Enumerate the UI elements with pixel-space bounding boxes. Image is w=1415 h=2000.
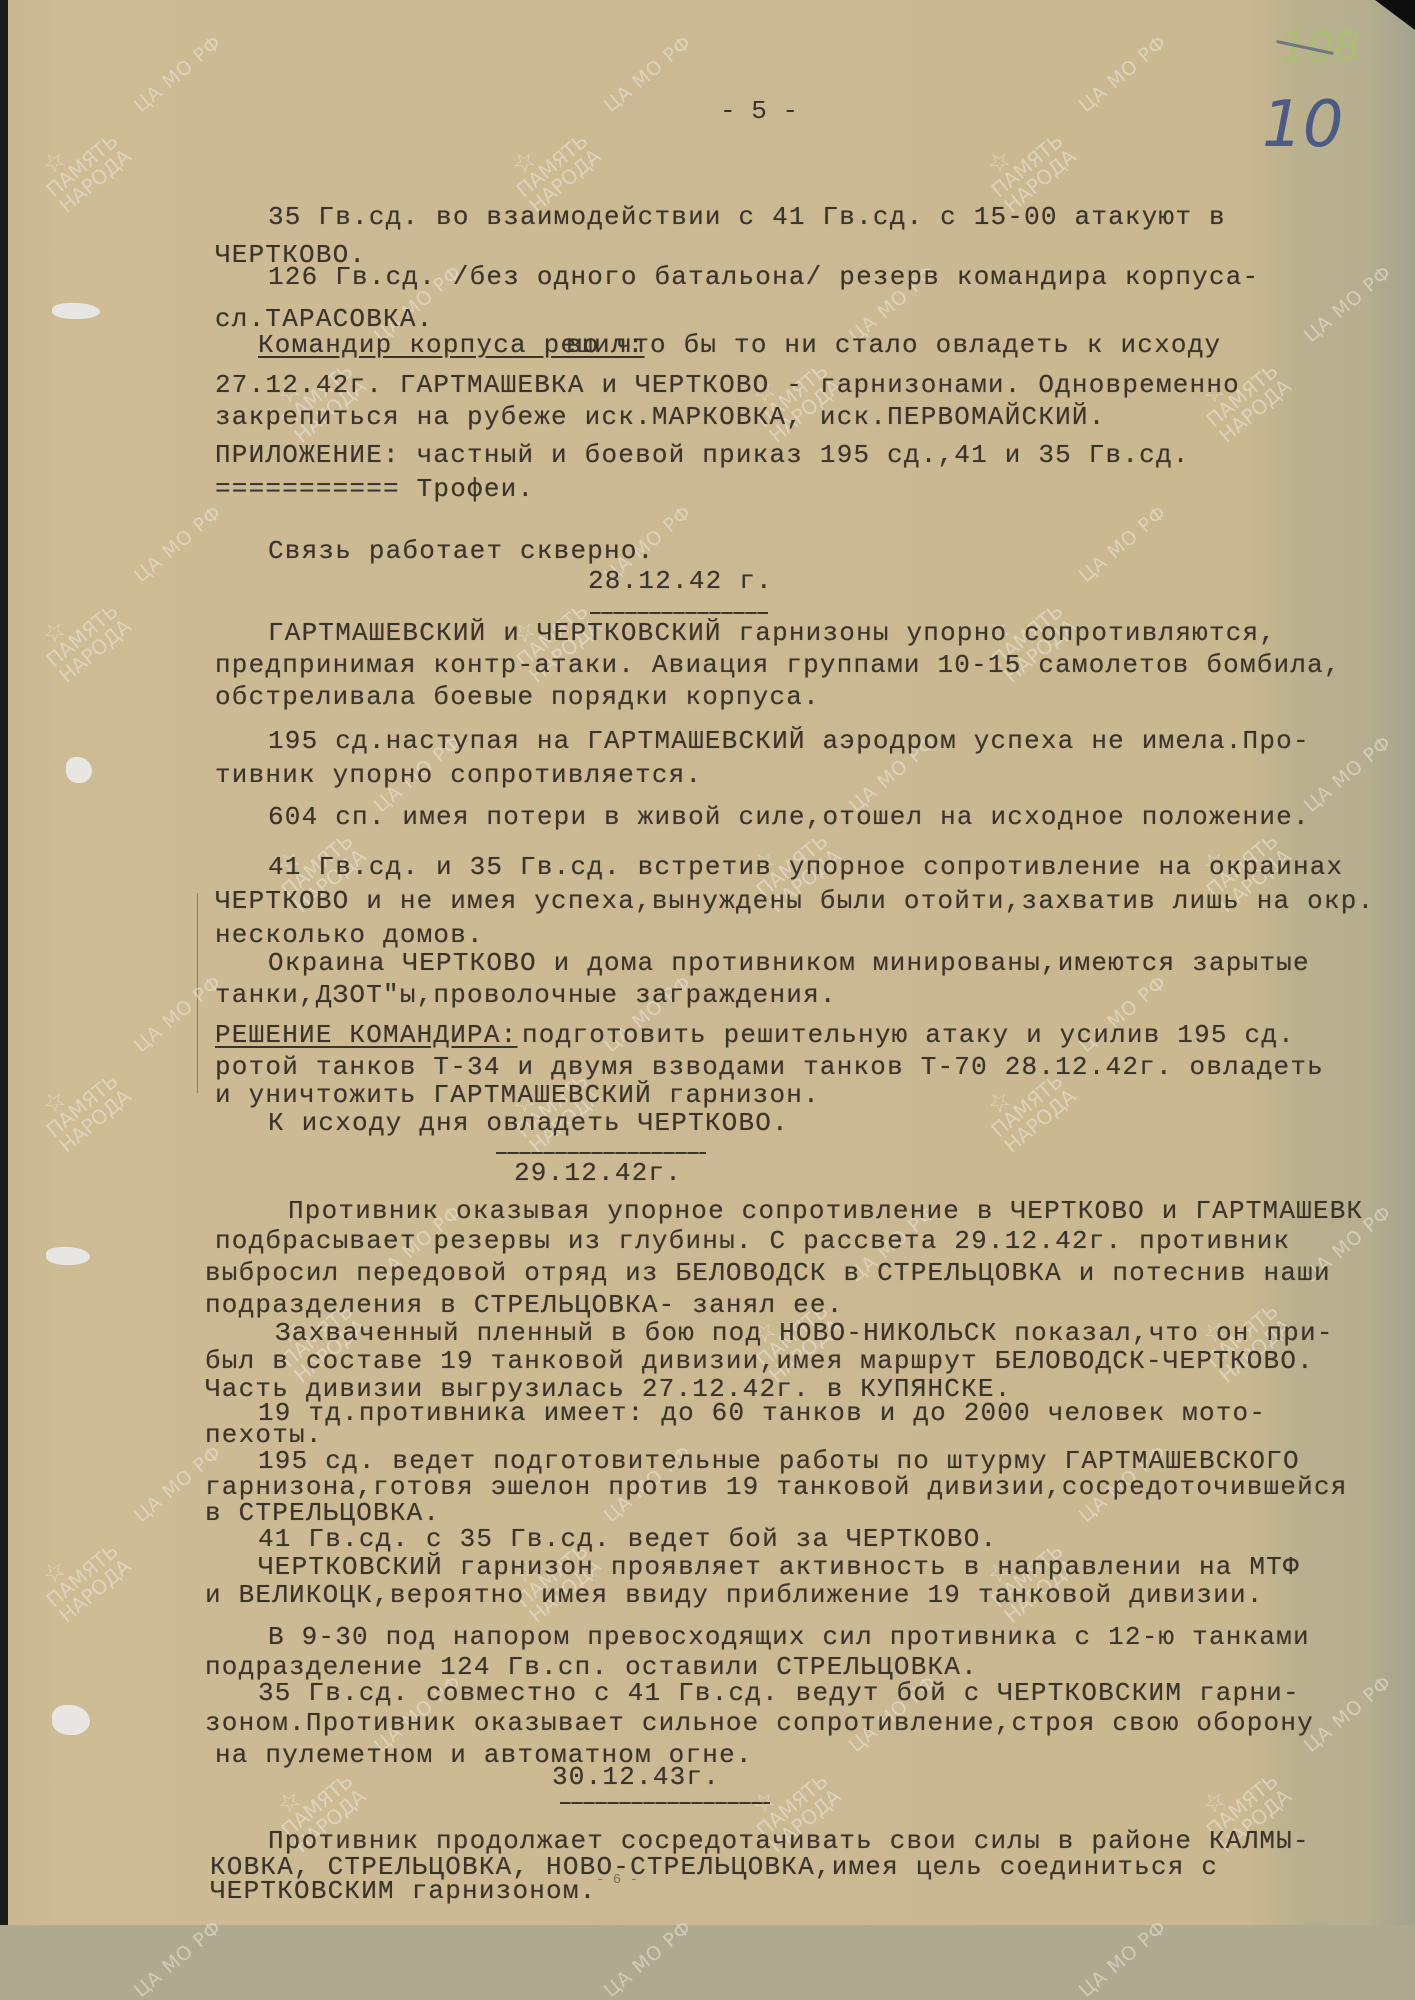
text-line: танки,ДЗОТ"ы,проволочные заграждения. — [215, 980, 837, 1010]
text-line: выбросил передовой отряд из БЕЛОВОДСК в … — [205, 1258, 1331, 1288]
text-line: ЧЕРТКОВО и не имея успеха,вынуждены были… — [215, 886, 1374, 916]
text-line: Окраина ЧЕРТКОВО и дома противником мини… — [268, 948, 1310, 978]
watermark-pamyat-naroda: ☆ ПАМЯТЬ НАРОДА — [975, 115, 1079, 216]
text-line: 27.12.42г. ГАРТМАШЕВКА и ЧЕРТКОВО - гарн… — [215, 370, 1240, 400]
date-heading: 30.12.43г. — [552, 1762, 720, 1792]
appendix-line: =========== Трофеи. — [215, 474, 534, 504]
paper-tear — [52, 1705, 90, 1735]
star-icon: ☆ — [1199, 1755, 1268, 1818]
text-line: подразделения в СТРЕЛЬЦОВКА- занял ее. — [205, 1290, 844, 1320]
archive-number: 10 — [1262, 88, 1343, 162]
footer-page-mark: - 6 - — [596, 1872, 638, 1888]
paper-tear — [46, 1247, 90, 1265]
text-line: зоном.Противник оказывает сильное сопрот… — [205, 1708, 1314, 1738]
watermark-pamyat-naroda: ☆ ПАМЯТЬ НАРОДА — [30, 115, 134, 216]
text-line: предпринимая контр-атаки. Авиация группа… — [215, 650, 1341, 680]
text-line: Захваченный пленный в бою под НОВО-НИКОЛ… — [275, 1318, 1334, 1348]
bottom-paper-strip — [0, 1925, 1415, 2000]
text-line: подготовить решительную атаку и усилив 1… — [522, 1020, 1295, 1050]
text-line: Противник оказывая упорное сопротивление… — [288, 1196, 1363, 1226]
watermark-pamyat-naroda: ☆ ПАМЯТЬ НАРОДА — [30, 585, 134, 686]
archive-number-crossed: 108 — [1280, 22, 1360, 71]
star-icon: ☆ — [39, 1055, 108, 1118]
date-underline — [496, 1152, 706, 1154]
text-line: был в составе 19 танковой дивизии,имея м… — [205, 1346, 1314, 1376]
star-icon: ☆ — [509, 115, 578, 178]
text-line: и ВЕЛИКОЦК,вероятно имея ввиду приближен… — [205, 1580, 1264, 1610]
star-icon: ☆ — [39, 1525, 108, 1588]
star-icon: ☆ — [984, 115, 1053, 178]
text-line: 604 сп. имея потери в живой силе,отошел … — [268, 802, 1310, 832]
text-line: тивник упорно сопротивляется. — [215, 760, 702, 790]
text-line: 35 Гв.сд. совместно с 41 Гв.сд. ведут бо… — [258, 1678, 1300, 1708]
text-line: 41 Гв.сд. с 35 Гв.сд. ведет бой за ЧЕРТК… — [258, 1524, 997, 1554]
star-icon: ☆ — [39, 115, 108, 178]
text-line: ЧЕРТКОВСКИЙ гарнизон проявляет активност… — [258, 1552, 1300, 1582]
watermark-camo: ЦА МО РФ — [130, 501, 226, 587]
watermark-camo: ЦА МО РФ — [1075, 31, 1171, 117]
watermark-pamyat-naroda: ☆ ПАМЯТЬ НАРОДА — [500, 115, 604, 216]
date-heading: 29.12.42г. — [514, 1158, 682, 1188]
star-icon: ☆ — [39, 585, 108, 648]
text-line: несколько домов. — [215, 920, 484, 950]
text-line: обстреливала боевые порядки корпуса. — [215, 682, 820, 712]
paper-tear — [66, 757, 92, 783]
text-line: 41 Гв.сд. и 35 Гв.сд. встретив упорное с… — [268, 852, 1343, 882]
text-line: закрепиться на рубеже иск.МАРКОВКА, иск.… — [215, 402, 1106, 432]
text-line: Связь работает скверно. — [268, 536, 654, 566]
text-line: подбрасывает резервы из глубины. С рассв… — [215, 1226, 1290, 1256]
watermark-camo: ЦА МО РФ — [1075, 501, 1171, 587]
watermark-camo: ЦА МО РФ — [130, 31, 226, 117]
text-line: 195 сд.наступая на ГАРТМАШЕВСКИЙ аэродро… — [268, 726, 1310, 756]
paper-tear — [52, 303, 100, 319]
watermark-pamyat-naroda: ☆ ПАМЯТЬ НАРОДА — [30, 1055, 134, 1156]
date-heading: 28.12.42 г. — [588, 566, 773, 596]
date-underline — [590, 612, 768, 614]
text-line: В 9-30 под напором превосходящих сил про… — [268, 1622, 1310, 1652]
text-line: ГАРТМАШЕВСКИЙ и ЧЕРТКОВСКИЙ гарнизоны уп… — [268, 618, 1276, 648]
text-line: К исходу дня овладеть ЧЕРТКОВО. — [268, 1108, 789, 1138]
text-line: и уничтожить ГАРТМАШЕВСКИЙ гарнизон. — [215, 1080, 820, 1110]
text-line: ротой танков Т-34 и двумя взводами танко… — [215, 1052, 1324, 1082]
text-line: во что бы то ни стало овладеть к исходу — [566, 330, 1221, 360]
appendix-line: ПРИЛОЖЕНИЕ: частный и боевой приказ 195 … — [215, 440, 1190, 470]
page-edge-shadow — [1365, 0, 1415, 2000]
text-line: ЧЕРТКОВСКИМ гарнизоном. — [210, 1876, 596, 1906]
text-line: 19 тд.противника имеет: до 60 танков и д… — [258, 1398, 1266, 1428]
scanned-document-page: 108 10 ЦА МО РФ ЦА МО РФ ЦА МО РФ ЦА МО … — [0, 0, 1415, 2000]
watermark-camo: ЦА МО РФ — [130, 971, 226, 1057]
watermark-camo: ЦА МО РФ — [600, 31, 696, 117]
watermark-pamyat-naroda: ☆ ПАМЯТЬ НАРОДА — [30, 1525, 134, 1626]
star-icon: ☆ — [749, 1755, 818, 1818]
text-line: 126 Гв.сд. /без одного батальона/ резерв… — [268, 262, 1259, 292]
text-line: 35 Гв.сд. во взаимодействии с 41 Гв.сд. … — [268, 202, 1226, 232]
page-number: - 5 - — [720, 96, 798, 126]
section-label-commander-decision: РЕШЕНИЕ КОМАНДИРА: — [215, 1020, 517, 1050]
margin-pencil-line — [197, 893, 198, 1093]
date-underline — [560, 1802, 770, 1804]
